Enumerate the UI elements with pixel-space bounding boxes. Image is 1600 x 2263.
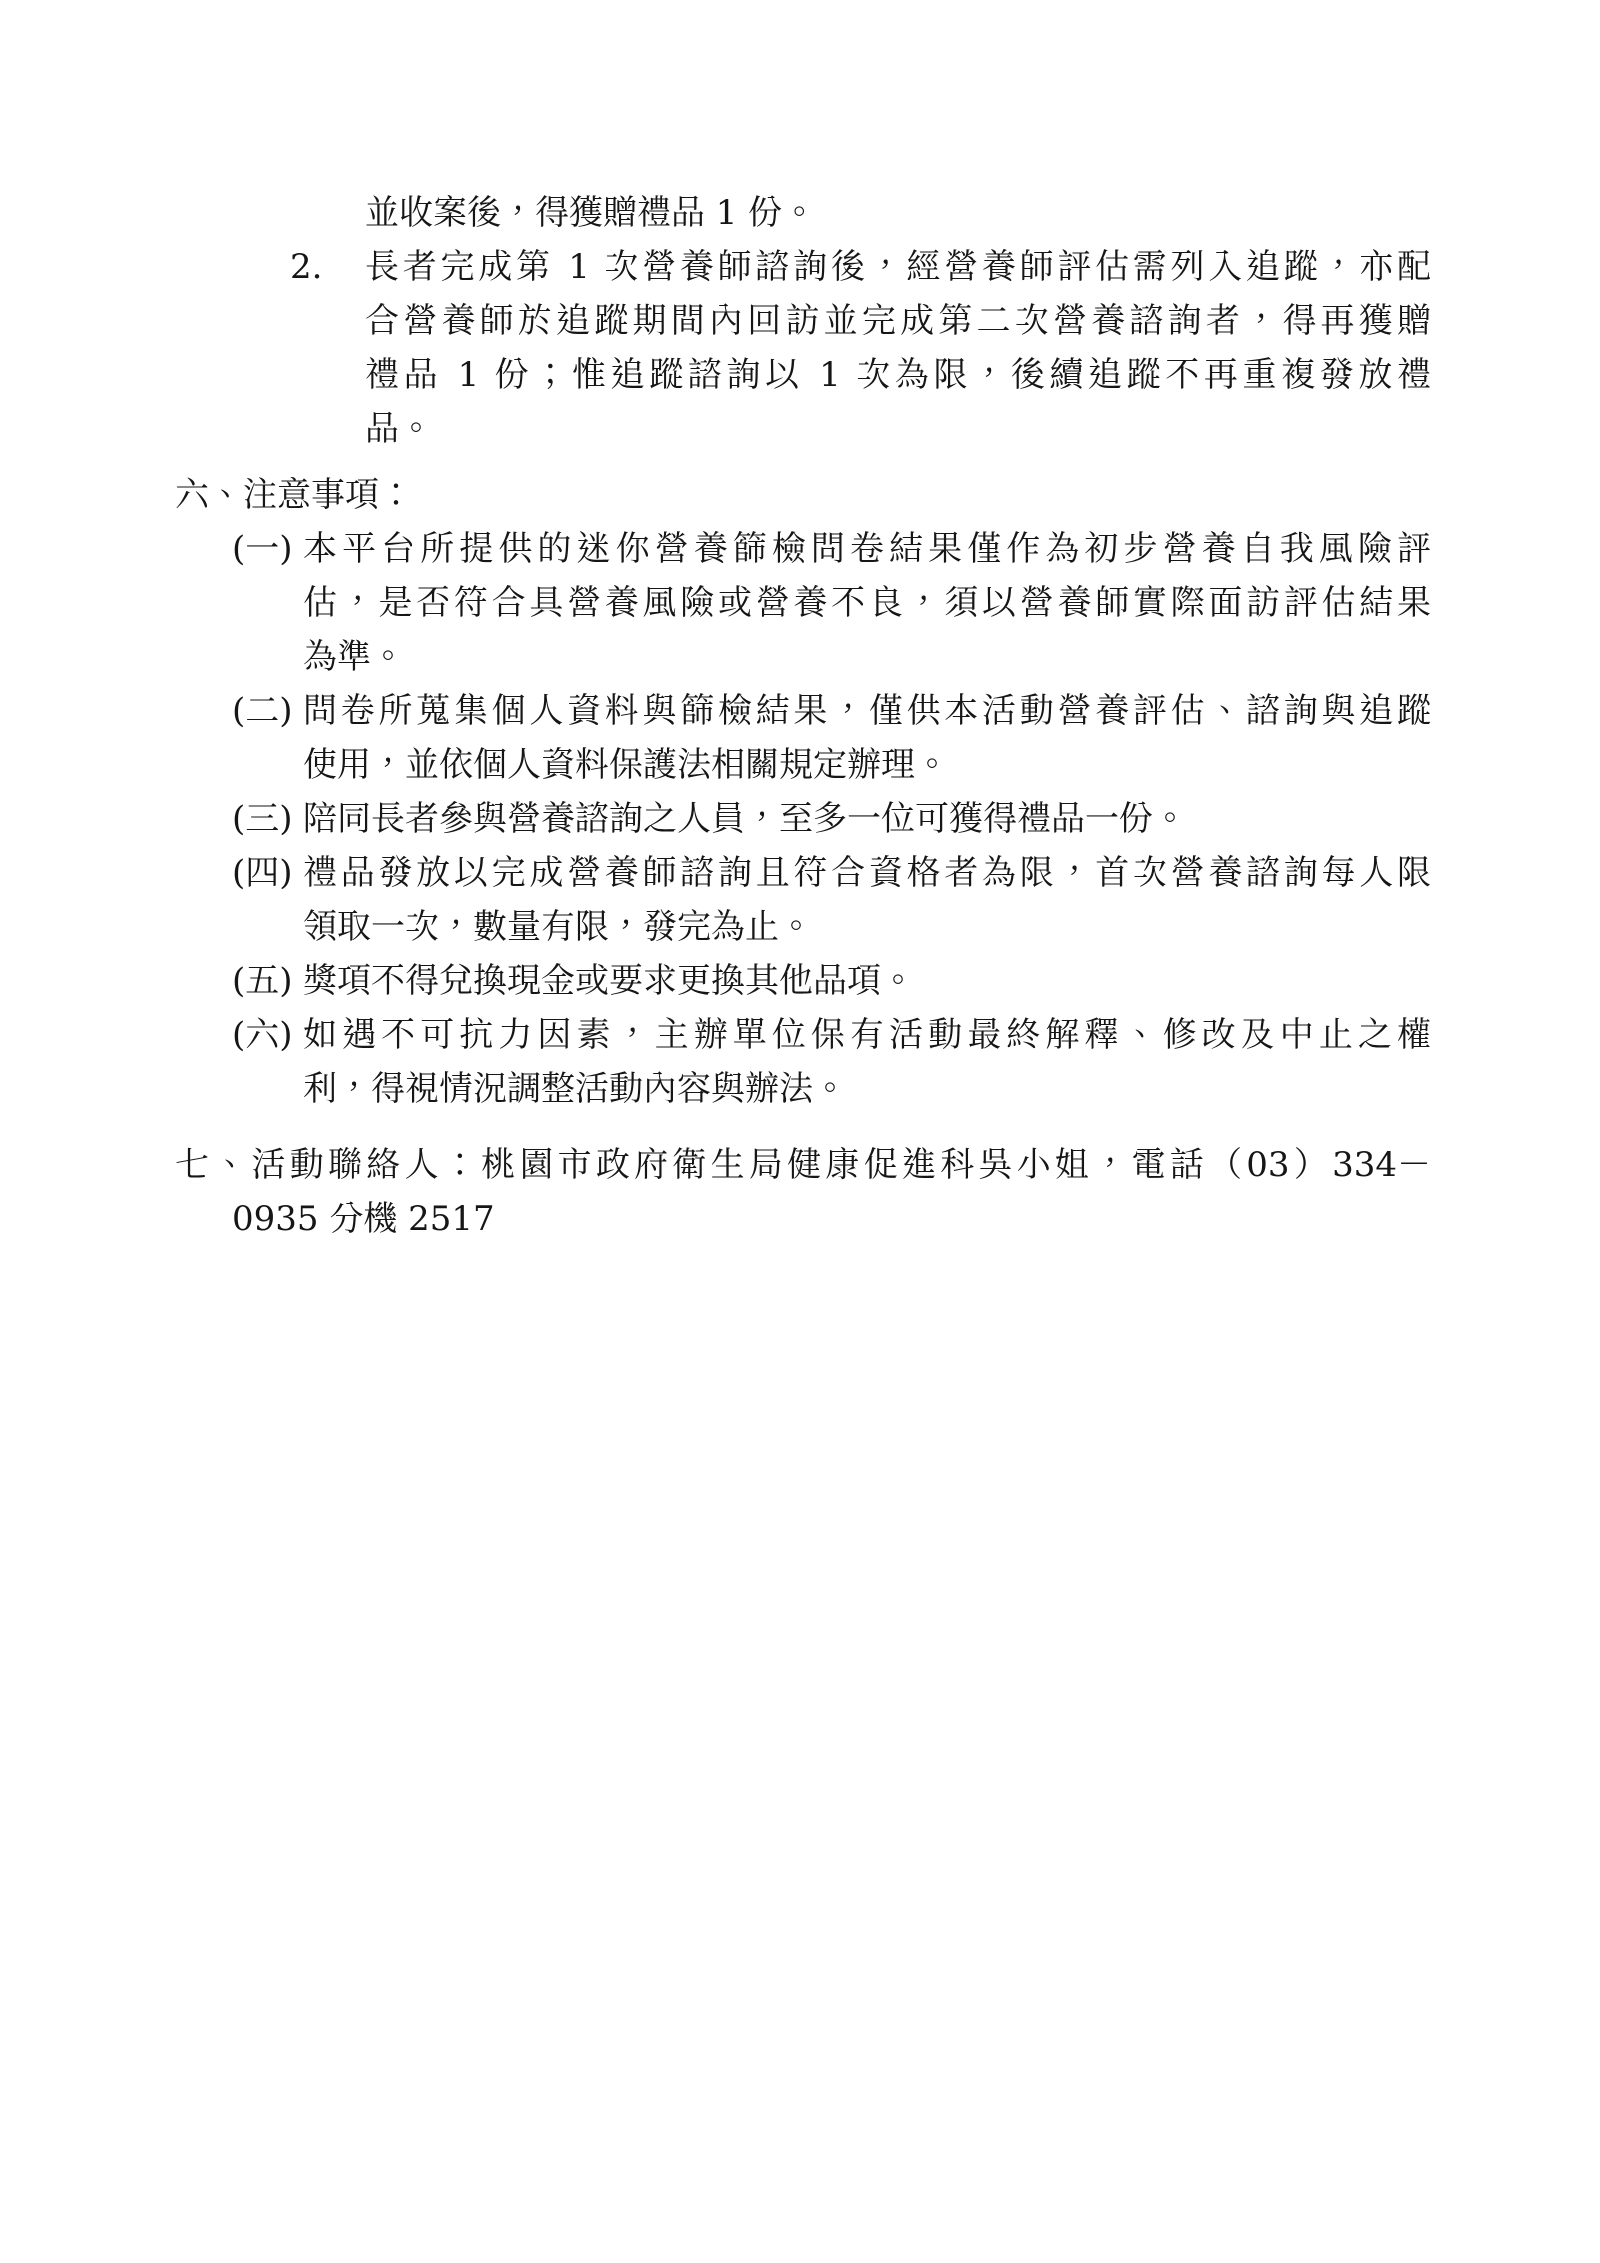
note-item-3: (三) 陪同長者參與營養諮詢之人員，至多一位可獲得禮品一份。 [232, 792, 1431, 846]
note-item-2-body: 問卷所蒐集個人資料與篩檢結果，僅供本活動營養評估、諮詢與追蹤 使用，並依個人資料… [303, 684, 1431, 792]
text-line: 品。 [365, 402, 1431, 456]
document-content: 並收案後，得獲贈禮品 1 份。 2. 長者完成第 1 次營養師諮詢後，經營養師評… [175, 186, 1431, 1246]
text-line: 陪同長者參與營養諮詢之人員，至多一位可獲得禮品一份。 [303, 792, 1431, 846]
document-page: 並收案後，得獲贈禮品 1 份。 2. 長者完成第 1 次營養師諮詢後，經營養師評… [0, 0, 1600, 2263]
note-item-1: (一) 本平台所提供的迷你營養篩檢問卷結果僅作為初步營養自我風險評 估，是否符合… [232, 522, 1431, 684]
note-item-1-body: 本平台所提供的迷你營養篩檢問卷結果僅作為初步營養自我風險評 估，是否符合具營養風… [303, 522, 1431, 684]
contact-line: 0935 分機 2517 [232, 1192, 1431, 1246]
numbered-item-2: 2. 長者完成第 1 次營養師諮詢後，經營養師評估需列入追蹤，亦配 合營養師於追… [290, 240, 1431, 456]
text-line: 如遇不可抗力因素，主辦單位保有活動最終解釋、修改及中止之權 [303, 1008, 1431, 1062]
text-line: 為準。 [303, 630, 1431, 684]
carryover-line: 並收案後，得獲贈禮品 1 份。 [365, 186, 1431, 240]
note-item-3-body: 陪同長者參與營養諮詢之人員，至多一位可獲得禮品一份。 [303, 792, 1431, 846]
text-line: 利，得視情況調整活動內容與辦法。 [303, 1062, 1431, 1116]
note-item-6-marker: (六) [232, 1008, 303, 1116]
note-item-2-marker: (二) [232, 684, 303, 792]
note-item-5-marker: (五) [232, 954, 303, 1008]
text-line: 合營養師於追蹤期間內回訪並完成第二次營養諮詢者，得再獲贈 [365, 294, 1431, 348]
note-item-2: (二) 問卷所蒐集個人資料與篩檢結果，僅供本活動營養評估、諮詢與追蹤 使用，並依… [232, 684, 1431, 792]
note-item-3-marker: (三) [232, 792, 303, 846]
text-line: 禮品 1 份；惟追蹤諮詢以 1 次為限，後續追蹤不再重複發放禮 [365, 348, 1431, 402]
text-line: 本平台所提供的迷你營養篩檢問卷結果僅作為初步營養自我風險評 [303, 522, 1431, 576]
note-item-1-marker: (一) [232, 522, 303, 684]
section6-heading: 六、注意事項： [175, 468, 1431, 522]
note-item-4-marker: (四) [232, 846, 303, 954]
text-line: 禮品發放以完成營養師諮詢且符合資格者為限，首次營養諮詢每人限 [303, 846, 1431, 900]
text-line: 使用，並依個人資料保護法相關規定辦理。 [303, 738, 1431, 792]
note-item-6-body: 如遇不可抗力因素，主辦單位保有活動最終解釋、修改及中止之權 利，得視情況調整活動… [303, 1008, 1431, 1116]
text-line: 估，是否符合具營養風險或營養不良，須以營養師實際面訪評估結果 [303, 576, 1431, 630]
text-line: 問卷所蒐集個人資料與篩檢結果，僅供本活動營養評估、諮詢與追蹤 [303, 684, 1431, 738]
text-line: 領取一次，數量有限，發完為止。 [303, 900, 1431, 954]
text-line: 獎項不得兌換現金或要求更換其他品項。 [303, 954, 1431, 1008]
text-line: 長者完成第 1 次營養師諮詢後，經營養師評估需列入追蹤，亦配 [365, 240, 1431, 294]
section7-paragraph: 七、活動聯絡人：桃園市政府衛生局健康促進科吳小姐，電話（03）334－ 0935… [175, 1138, 1431, 1246]
numbered-item-2-body: 長者完成第 1 次營養師諮詢後，經營養師評估需列入追蹤，亦配 合營養師於追蹤期間… [365, 240, 1431, 456]
note-item-4: (四) 禮品發放以完成營養師諮詢且符合資格者為限，首次營養諮詢每人限 領取一次，… [232, 846, 1431, 954]
numbered-item-2-marker: 2. [290, 240, 365, 456]
note-item-6: (六) 如遇不可抗力因素，主辦單位保有活動最終解釋、修改及中止之權 利，得視情況… [232, 1008, 1431, 1116]
note-item-4-body: 禮品發放以完成營養師諮詢且符合資格者為限，首次營養諮詢每人限 領取一次，數量有限… [303, 846, 1431, 954]
note-item-5: (五) 獎項不得兌換現金或要求更換其他品項。 [232, 954, 1431, 1008]
contact-line: 七、活動聯絡人：桃園市政府衛生局健康促進科吳小姐，電話（03）334－ [175, 1138, 1431, 1192]
note-item-5-body: 獎項不得兌換現金或要求更換其他品項。 [303, 954, 1431, 1008]
